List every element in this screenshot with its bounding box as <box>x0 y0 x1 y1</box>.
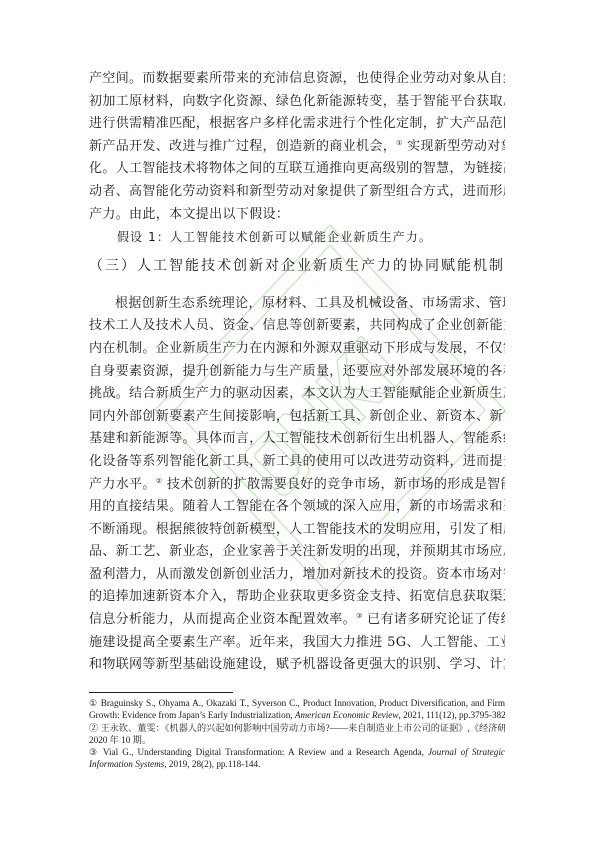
text-line: 施建设提高全要素生产率。近年来，我国大力推进 5G、人工智能、工业互联网 <box>89 632 505 655</box>
journal-name: American Economic Review <box>295 710 399 720</box>
footnote-3: ③ Vial G., Understanding Digital Transfo… <box>89 746 505 758</box>
footnotes: ① Braguinsky S., Ohyama A., Okazaki T., … <box>89 697 505 771</box>
text-line: 不断涌现。根据熊彼特创新模型，人工智能技术的发明应用，引发了相应的新产 <box>89 519 505 542</box>
footnote-1: ① Braguinsky S., Ohyama A., Okazaki T., … <box>89 697 505 709</box>
text-line: 化。人工智能技术将物体之间的互联互通推向更高级别的智慧，为链接高素质劳 <box>89 158 505 181</box>
text-segment: 产力水平。 <box>89 477 156 492</box>
text-segment: 信息分析能力，从而提高企业资本配置效率。 <box>89 612 356 627</box>
text-line: 的追捧加速新资本介入，帮助企业获取更多资金支持、拓宽信息获取渠道、提升 <box>89 586 505 609</box>
footnote-3-cont: Information Systems, 2019, 28(2), pp.118… <box>89 758 505 770</box>
text-line: 品、新工艺、新业态，企业家善于关注新发明的出现，并预期其市场应用场景和 <box>89 541 505 564</box>
text-line: 同内外部创新要素产生间接影响，包括新工具、新创企业、新资本、新市场、新 <box>89 406 505 429</box>
text-line: 用的直接结果。随着人工智能在各个领域的深入应用，新的市场需求和盈利机会 <box>89 496 505 519</box>
footnote-text: , 2019, 28(2), pp.118-144. <box>164 759 260 769</box>
footnote-ref-3[interactable]: ③ <box>356 612 363 620</box>
journal-name: Journal of Strategic <box>428 747 505 757</box>
footnote-text: Growth: Evidence from Japan’s Early Indu… <box>89 710 295 720</box>
section-heading: （三）人工智能技术创新对企业新质生产力的协同赋能机制 <box>89 249 505 293</box>
hypothesis-1: 假设 1：人工智能技术创新可以赋能企业新质生产力。 <box>89 226 505 249</box>
text-line: 产空间。而数据要素所带来的充沛信息资源，也使得企业劳动对象从自然资源和 <box>89 68 505 91</box>
footnote-2-cont: 2020 年 10 期。 <box>89 734 505 746</box>
text-segment: 已有诸多研究论证了传统基础设 <box>363 612 505 627</box>
document-page: 产空间。而数据要素所带来的充沛信息资源，也使得企业劳动对象从自然资源和 初加工原… <box>0 0 594 841</box>
text-segment: 实现新型劳动对象的动态 <box>403 139 505 154</box>
text-line-with-footnote: 产力水平。② 技术创新的扩散需要良好的竞争市场，新市场的形成是智能技术应 <box>89 474 505 497</box>
text-line: 进行供需精准匹配，根据客户多样化需求进行个性化定制，扩大产品范围，优化 <box>89 113 505 136</box>
text-line: 初加工原材料，向数字化资源、绿色化新能源转变，基于智能平台获取用户数据 <box>89 91 505 114</box>
footnote-text: 2020 年 10 期。 <box>89 735 151 745</box>
text-line: 自身要素资源，提升创新能力与生产质量，还要应对外部发展环境的各种机遇和 <box>89 361 505 384</box>
text-line-with-footnote: 新产品开发、改进与推广过程，创造新的商业机会，① 实现新型劳动对象的动态 <box>89 136 505 159</box>
text-line: 挑战。结合新质生产力的驱动因素，本文认为人工智能赋能企业新质生产力要协 <box>89 383 505 406</box>
text-line: 基建和新能源等。具体而言，人工智能技术创新衍生出机器人、智能系统、自动 <box>89 428 505 451</box>
text-line: 化设备等系列智能化新工具，新工具的使用可以改进劳动资料，进而提升新质生 <box>89 451 505 474</box>
footnote-divider <box>89 692 233 693</box>
text-segment: 技术创新的扩散需要良好的竞争市场，新市场的形成是智能技术应 <box>162 477 505 492</box>
text-line: 和物联网等新型基础设施建设，赋予机器设备更强大的识别、学习、计算和协作 <box>89 654 505 677</box>
footnote-marker: ② <box>89 723 98 733</box>
text-line: 动者、高智能化劳动资料和新型劳动对象提供了新型组合方式，进而形成新质生 <box>89 181 505 204</box>
text-line: 产力。由此，本文提出以下假设： <box>89 204 505 227</box>
text-line: 内在机制。企业新质生产力在内源和外源双重驱动下形成与发展，不仅需要调动 <box>89 338 505 361</box>
footnote-marker: ① <box>89 698 98 708</box>
text-line: 技术工人及技术人员、资金、信息等创新要素，共同构成了企业创新能力提升的 <box>89 315 505 338</box>
body-text: 产空间。而数据要素所带来的充沛信息资源，也使得企业劳动对象从自然资源和 初加工原… <box>89 68 505 677</box>
text-line: 根据创新生态系统理论，原材料、工具及机械设备、市场需求、管理模式、 <box>89 293 505 316</box>
text-segment: 新产品开发、改进与推广过程，创造新的商业机会， <box>89 139 396 154</box>
footnote-1-cont: Growth: Evidence from Japan’s Early Indu… <box>89 709 505 721</box>
text-line-with-footnote: 信息分析能力，从而提高企业资本配置效率。③ 已有诸多研究论证了传统基础设 <box>89 609 505 632</box>
journal-name: Information Systems <box>89 759 164 769</box>
footnote-text: 王永钦、董雯：《机器人的兴起如何影响中国劳动力市场?——来自制造业上市公司的证据… <box>98 723 505 733</box>
text-line: 盈利潜力，从而激发创新创业活力，增加对新技术的投资。资本市场对智能技术 <box>89 564 505 587</box>
footnote-text: Vial G., Understanding Digital Transform… <box>99 747 428 757</box>
footnote-text: , 2021, 111(12), pp.3795-3826. <box>398 710 505 720</box>
footnote-text: Braguinsky S., Ohyama A., Okazaki T., Sy… <box>98 698 505 708</box>
footnote-marker: ③ <box>89 747 99 757</box>
footnote-2: ② 王永钦、董雯：《机器人的兴起如何影响中国劳动力市场?——来自制造业上市公司的… <box>89 722 505 734</box>
footnote-ref-1[interactable]: ① <box>396 139 403 147</box>
